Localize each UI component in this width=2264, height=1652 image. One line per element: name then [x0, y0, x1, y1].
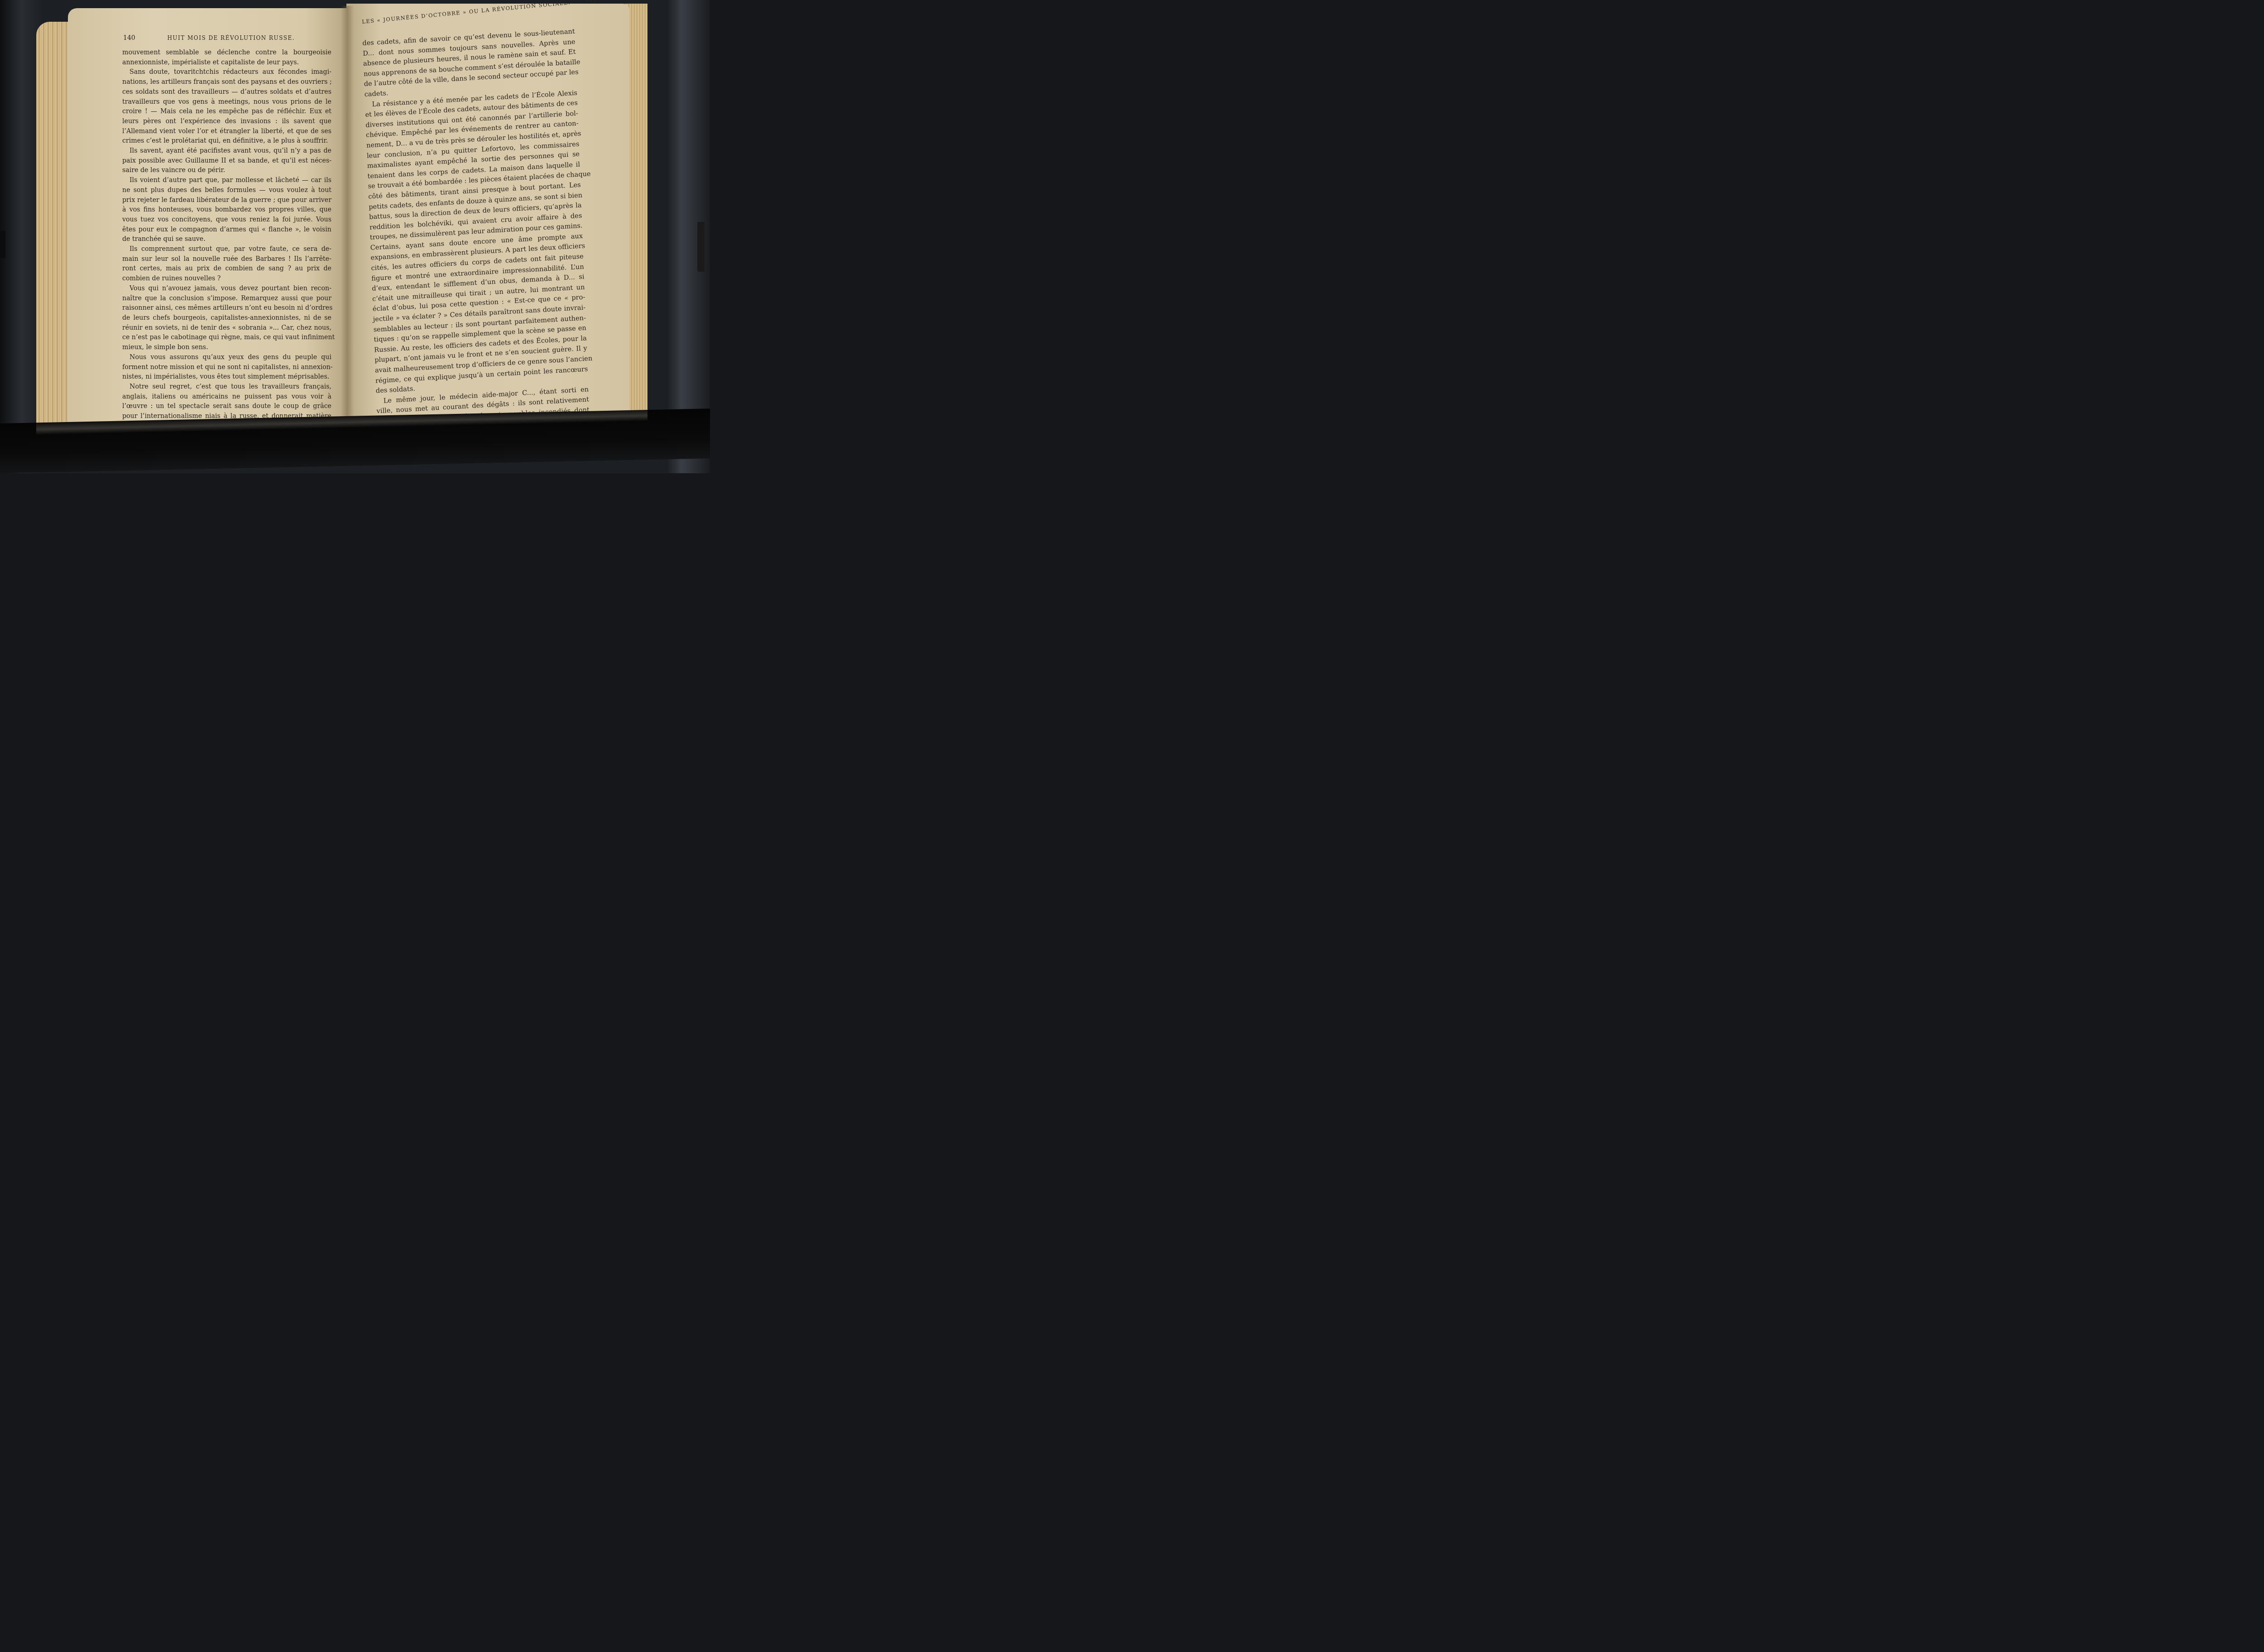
text-line: anglais, italiens ou américains ne puiss… [122, 392, 331, 402]
text-line: annexionniste, impérialiste et capitalis… [122, 58, 331, 68]
text-line: Ils voient d’autre part que, par molless… [122, 176, 331, 186]
text-line: mieux, le simple bon sens. [122, 343, 331, 353]
text-line: à vos fins honteuses, vous bombardez vos… [122, 205, 331, 215]
text-line: ront certes, mais au prix de combien de … [122, 264, 331, 274]
text-line: forment notre mission et qui ne sont ni … [122, 363, 331, 373]
text-line: saire de les vaincre ou de périr. [122, 166, 331, 176]
scanner-clip-left [0, 231, 5, 258]
text-line: nations, les artilleurs français sont de… [122, 77, 331, 87]
text-line: vous tuez vos concitoyens, que vous reni… [122, 215, 331, 225]
text-line: Ils savent, ayant été pacifistes avant v… [122, 146, 331, 156]
text-line: l’Allemand vient voler l’or et étrangler… [122, 127, 331, 137]
text-line: Sans doute, tovaritchtchis rédacteurs au… [122, 67, 331, 77]
text-line: raisonner ainsi, ces mêmes artilleurs n’… [122, 303, 331, 313]
text-line: Notre seul regret, c’est que tous les tr… [122, 382, 331, 392]
text-line: leurs pères ont l’expérience des invasio… [122, 117, 331, 127]
left-running-header: 140 HUIT MOIS DE RÉVOLUTION RUSSE. [123, 34, 288, 42]
text-line: de tranchée qui se sauve. [122, 235, 331, 245]
text-line: réunir en soviets, ni de tenir des « sob… [122, 323, 331, 333]
text-line: de leurs chefs bourgeois, capitalistes-a… [122, 313, 331, 323]
text-line: nistes, ni impérialistes, vous êtes tout… [122, 372, 331, 382]
text-line: paix possible avec Guillaume II et sa ba… [122, 156, 331, 166]
text-line: Ils comprennent surtout que, par votre f… [122, 245, 331, 255]
text-line: crimes c’est le prolétariat qui, en défi… [122, 136, 331, 146]
left-page-body: mouvement semblable se déclenche contre … [122, 48, 331, 441]
text-line: l’œuvre : un tel spectacle serait sans d… [122, 402, 331, 412]
running-header-title: HUIT MOIS DE RÉVOLUTION RUSSE. [167, 35, 295, 41]
text-line: combien de ruines nouvelles ? [122, 274, 331, 284]
text-line: travailleurs que vos gens à meetings, no… [122, 97, 331, 107]
right-page-body: des cadets, afin de savoir ce qu’est dev… [362, 27, 590, 447]
text-line: main sur leur sol la nouvelle ruée des B… [122, 255, 331, 264]
text-line: ces soldats sont des travailleurs — d’au… [122, 87, 331, 97]
text-line: croire ! — Mais cela ne les empêche pas … [122, 107, 331, 117]
text-line: Vous qui n’avouez jamais, vous devez pou… [122, 284, 331, 294]
text-line: naître que la conclusion s’impose. Remar… [122, 294, 331, 304]
page-number: 140 [123, 34, 135, 42]
text-line: êtes pour eux le compagnon d’armes qui «… [122, 225, 331, 235]
book-gutter [341, 6, 354, 429]
text-line: Nous vous assurons qu’aux yeux des gens … [122, 353, 331, 363]
text-line: mouvement semblable se déclenche contre … [122, 48, 331, 58]
text-line: ce n’est pas le cabotinage qui règne, ma… [122, 333, 331, 343]
scanner-clip-right [697, 222, 705, 272]
text-line: ne sont plus dupes des belles formules —… [122, 186, 331, 196]
text-line: prix rejeter le fardeau libérateur de la… [122, 196, 331, 206]
